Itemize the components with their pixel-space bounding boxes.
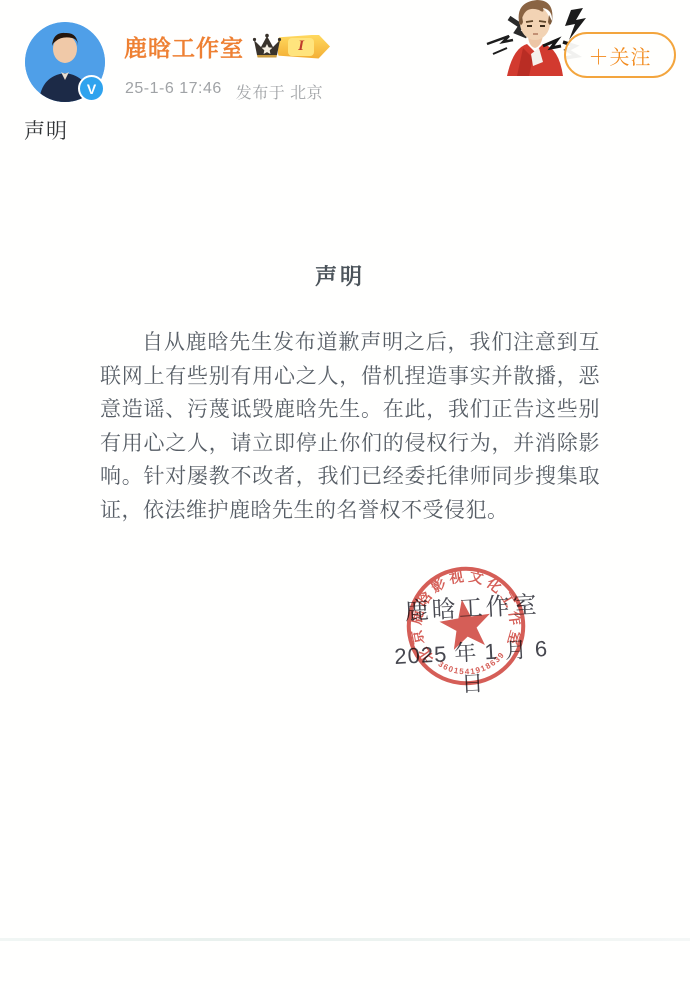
verified-badge-icon: V (78, 75, 105, 102)
username-row: 鹿晗工作室 I (124, 30, 330, 63)
post-time: 25-1-6 17:46 (125, 80, 222, 103)
post-meta: 25-1-6 17:46 发布于 北京 (125, 80, 323, 103)
card-bottom-divider (0, 938, 690, 941)
username[interactable]: 鹿晗工作室 (124, 30, 244, 63)
post-text: 声明 (24, 115, 68, 145)
verified-letter: V (87, 81, 96, 97)
post-source: 发布于 北京 (236, 80, 323, 103)
follow-button-label: ＋关注 (589, 41, 652, 70)
vip-crown-badge[interactable]: I (252, 33, 330, 60)
weibo-post-page: V 鹿晗工作室 I 25-1-6 17:46 发布于 北京 (0, 0, 690, 989)
statement-image[interactable]: 声明 自从鹿晗先生发布道歉声明之后，我们注意到互联网上有些别有用心之人，借机捏造… (0, 168, 690, 940)
statement-date: 2025 年 1 月 6 日 (381, 631, 564, 702)
crown-icon (252, 33, 282, 60)
vip-level-pill: I (278, 35, 330, 59)
statement-body: 自从鹿晗先生发布道歉声明之后，我们注意到互联网上有些别有用心之人，借机捏造事实并… (100, 326, 600, 527)
statement-title: 声明 (100, 260, 580, 291)
follow-button[interactable]: ＋关注 (564, 32, 676, 78)
vip-level-value: I (288, 38, 314, 56)
